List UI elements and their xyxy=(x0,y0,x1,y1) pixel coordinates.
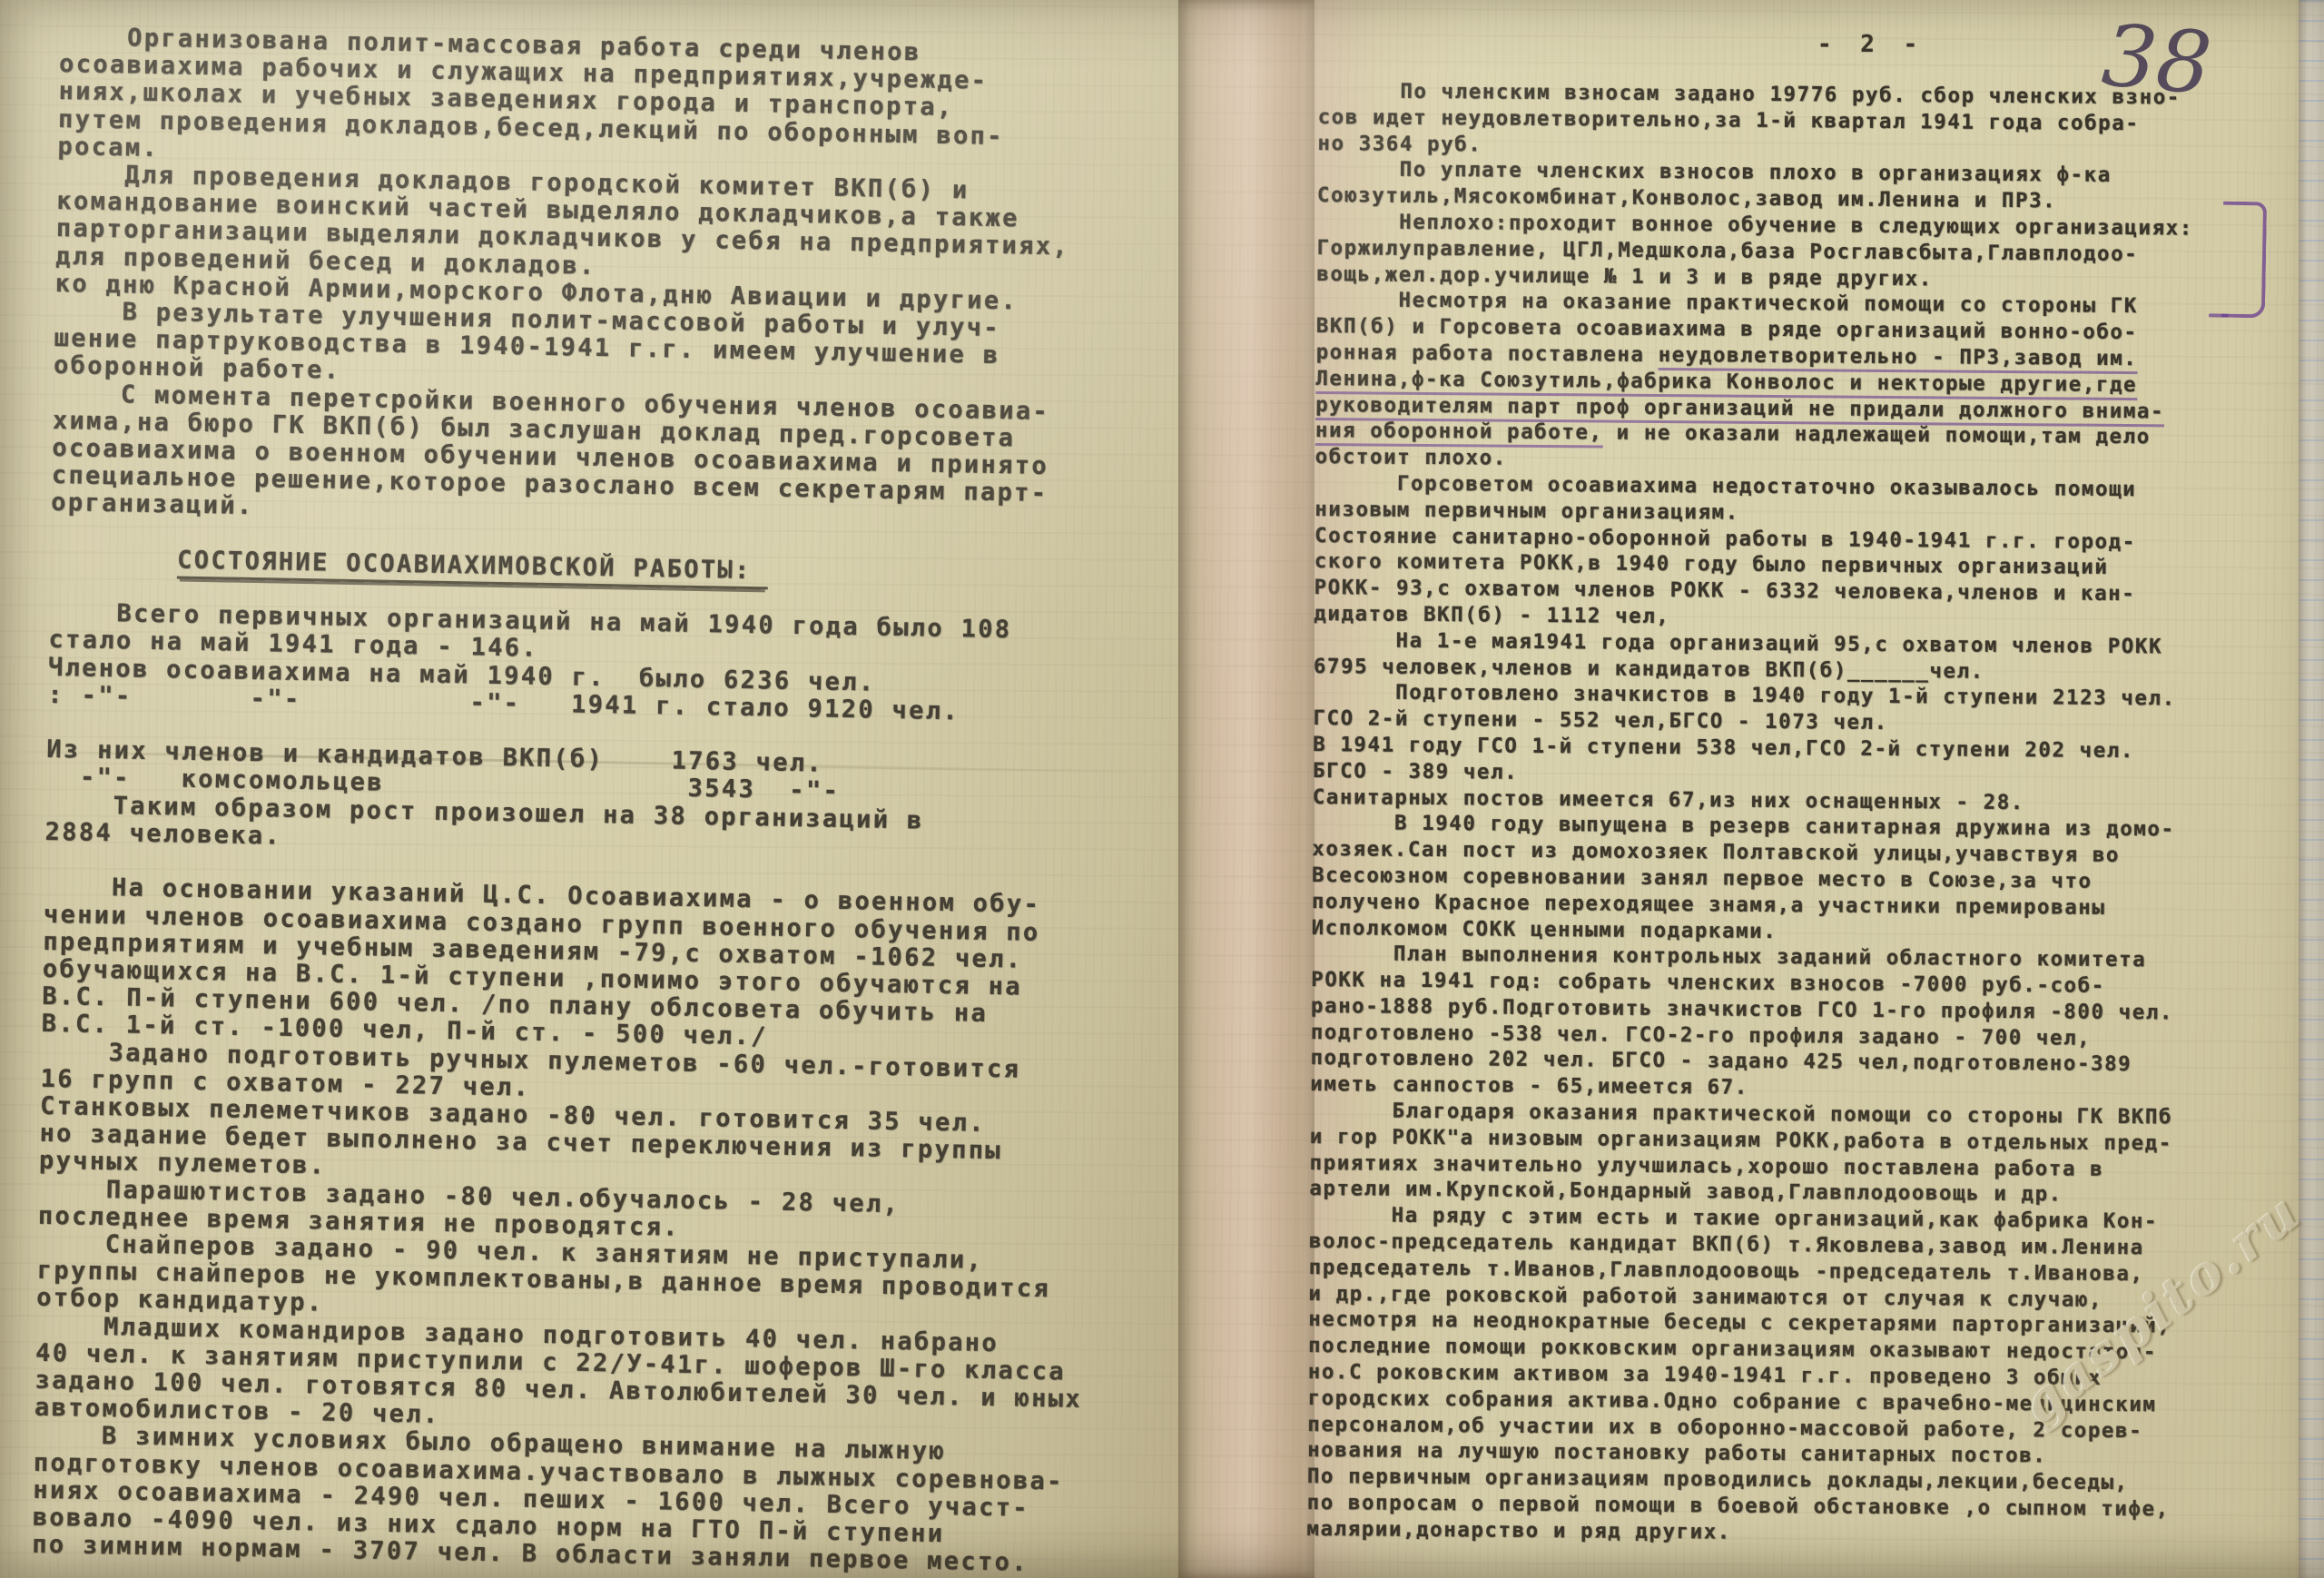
ruled-paper-edge xyxy=(2299,0,2324,1578)
left-page-text: Организована полит-массовая работа среди… xyxy=(32,24,1186,1578)
margin-bracket-mark xyxy=(2221,202,2267,319)
page-fold-gutter xyxy=(1178,0,1315,1578)
page-number: - 2 - xyxy=(1817,31,1925,58)
document-scan: Организована полит-массовая работа среди… xyxy=(0,0,2324,1578)
